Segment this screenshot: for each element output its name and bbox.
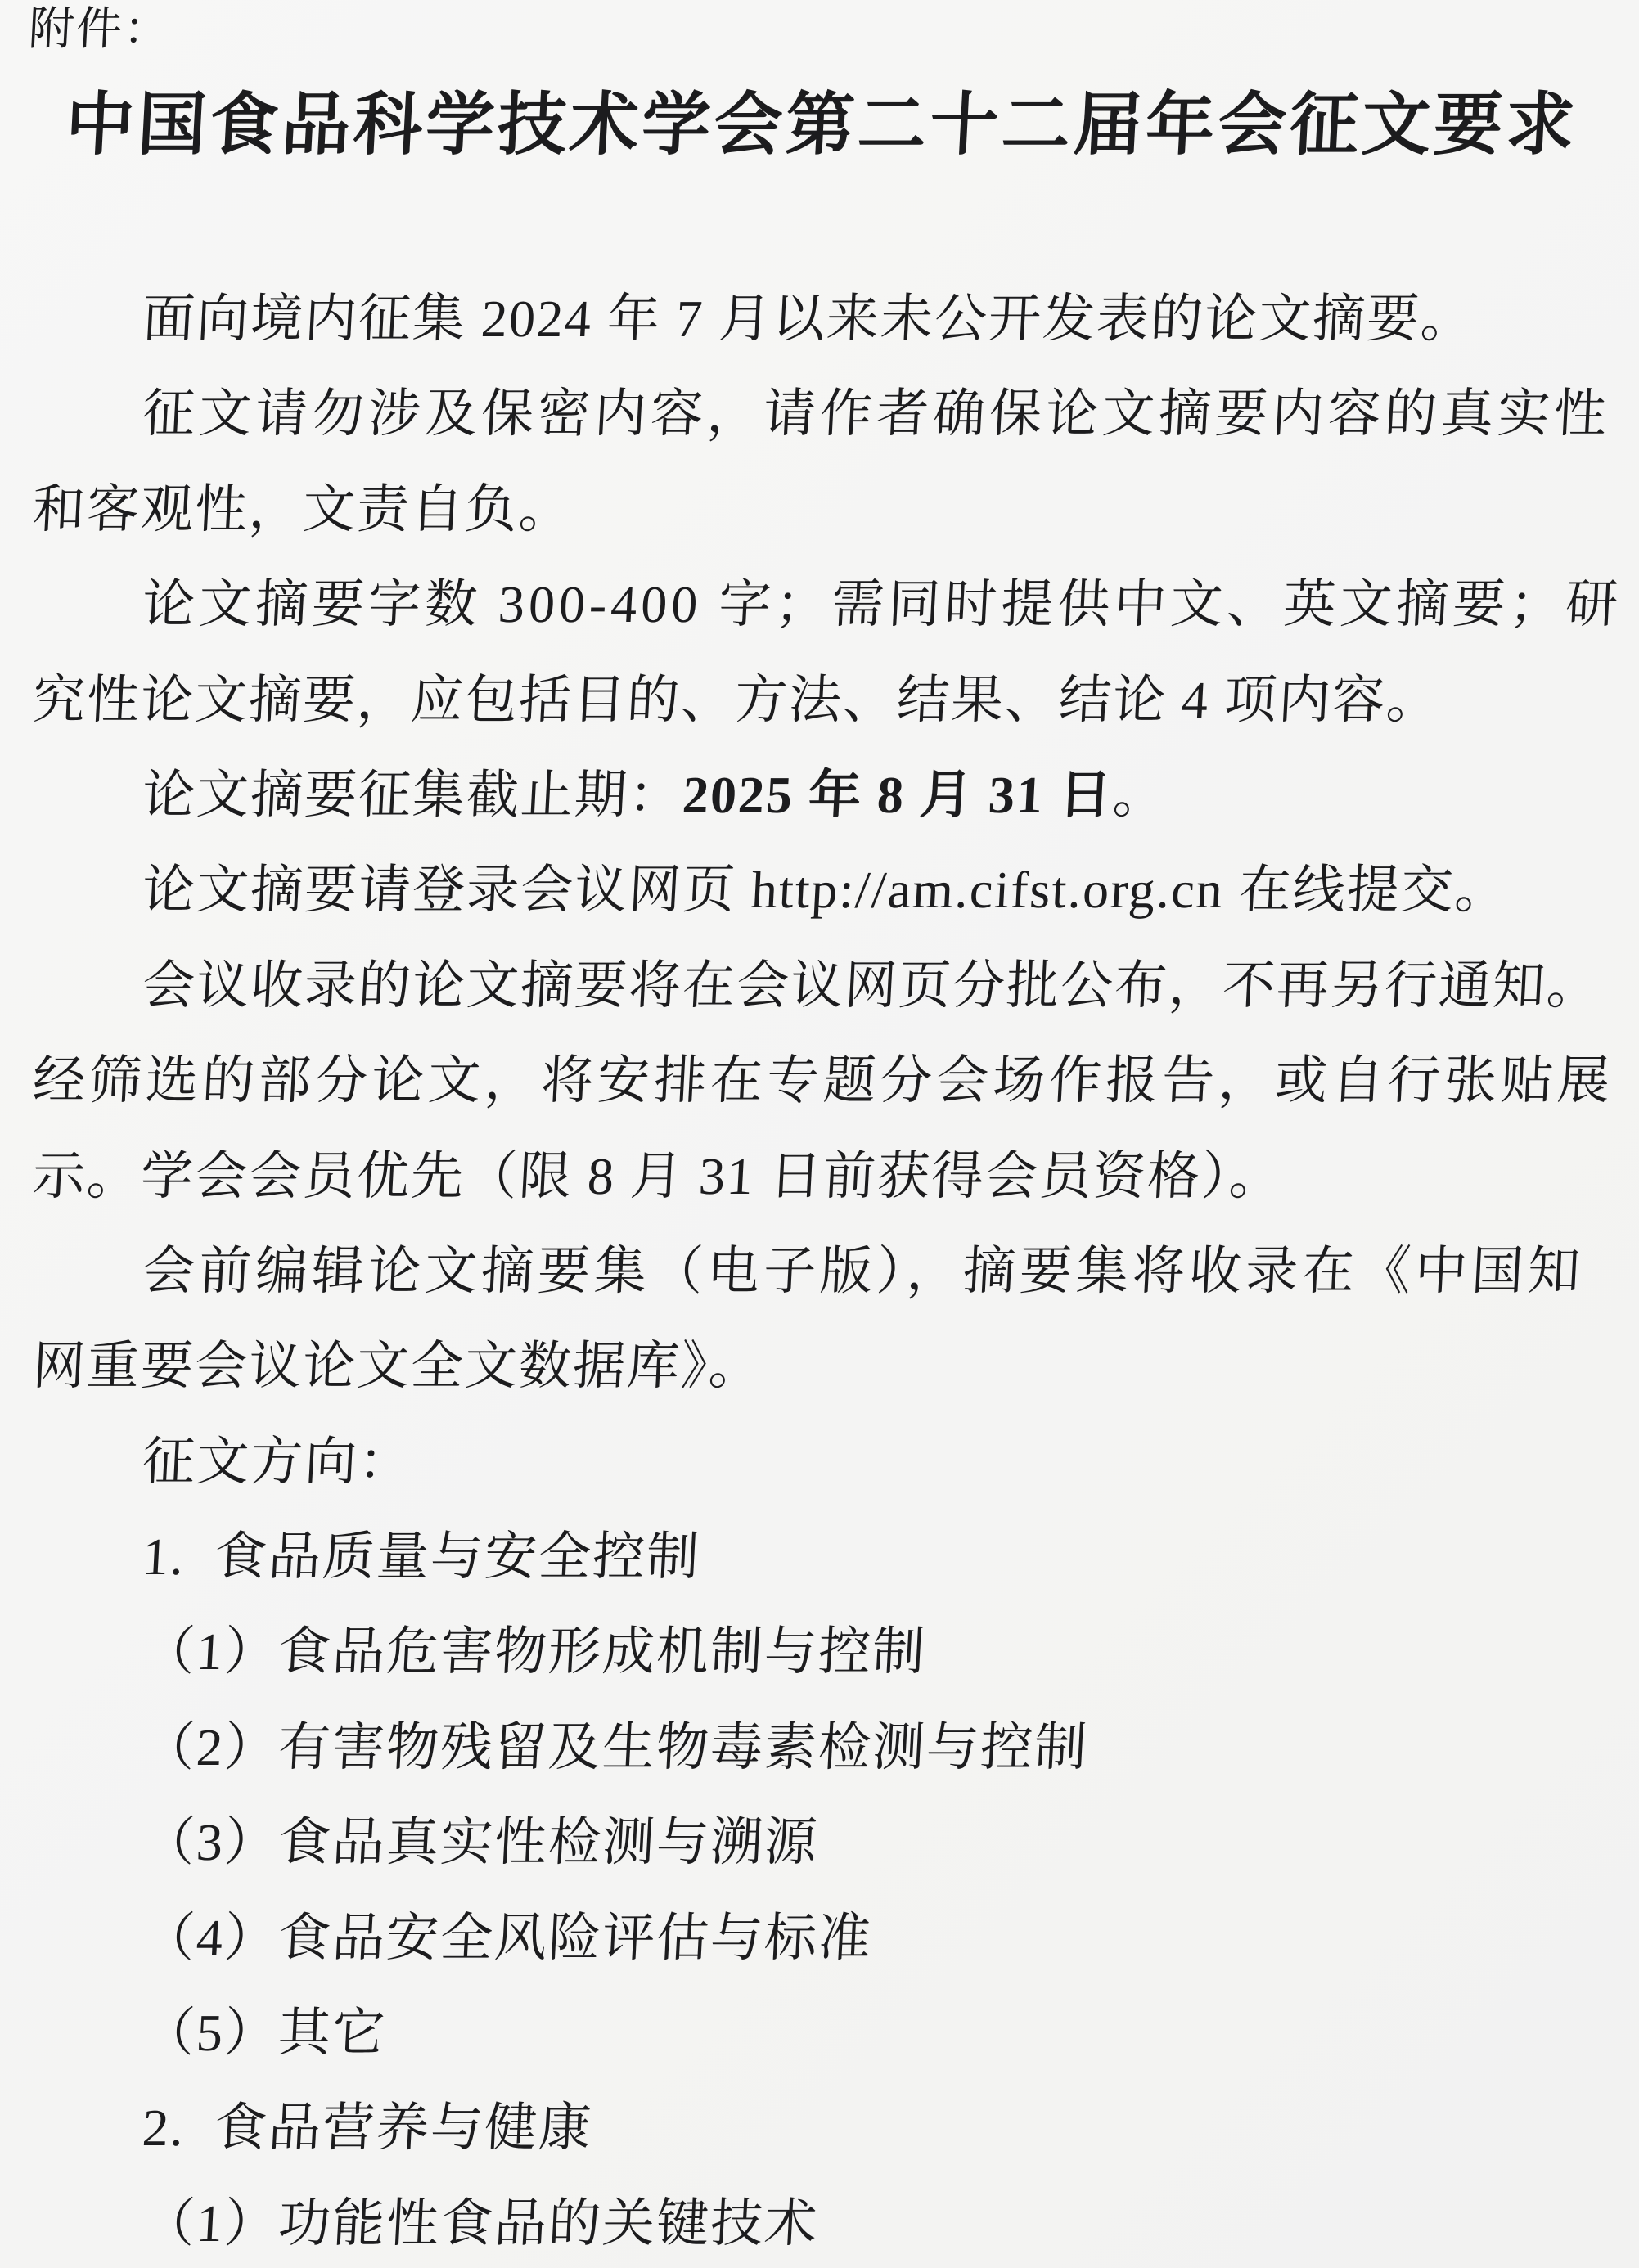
topic-2-item-1: （1）功能性食品的关键技术 (30, 2176, 1619, 2268)
text-run: 在线提交。 (1222, 861, 1511, 919)
text-run: 1. 食品质量与安全控制 (141, 1528, 702, 1586)
topic-1-heading: 1. 食品质量与安全控制 (30, 1510, 1619, 1604)
document-body: 面向境内征集 2024 年 7 月以来未公开发表的论文摘要。征文请勿涉及保密内容… (30, 272, 1614, 2268)
text-run: （3）食品真实性检测与溯源 (141, 1813, 820, 1871)
para-abstract-requirements: 论文摘要字数 300-400 字；需同时提供中文、英文摘要；研 (30, 557, 1619, 652)
text-run: 究性论文摘要，应包括目的、方法、结果、结论 4 项内容。 (31, 671, 1442, 729)
para-scope: 面向境内征集 2024 年 7 月以来未公开发表的论文摘要。 (30, 272, 1619, 367)
text-run: 和客观性，文责自负。 (31, 480, 574, 538)
topic-1-item-3: （3）食品真实性检测与溯源 (30, 1795, 1619, 1890)
text-run: 论文摘要字数 300-400 字；需同时提供中文、英文摘要；研 (141, 575, 1623, 633)
para-submission-url: 论文摘要请登录会议网页 http://am.cifst.org.cn 在线提交。 (30, 843, 1619, 938)
text-run: 示。学会会员优先（限 8 月 31 日前获得会员资格）。 (31, 1147, 1285, 1205)
text-run: 网重要会议论文全文数据库》。 (31, 1337, 764, 1395)
deadline-date: 2025 年 8 月 31 日 (681, 766, 1114, 824)
para-confidentiality: 和客观性，文责自负。 (30, 462, 1619, 557)
text-run: （1）食品危害物形成机制与控制 (141, 1622, 928, 1681)
heading-call-directions: 征文方向： (30, 1415, 1619, 1510)
para-deadline: 论文摘要征集截止期：2025 年 8 月 31 日。 (30, 748, 1619, 843)
para-publication: 会议收录的论文摘要将在会议网页分批公布，不再另行通知。 (30, 938, 1619, 1033)
para-proceedings: 网重要会议论文全文数据库》。 (30, 1319, 1619, 1414)
para-publication: 示。学会会员优先（限 8 月 31 日前获得会员资格）。 (30, 1129, 1619, 1224)
conference-url: http://am.cifst.org.cn (750, 861, 1226, 919)
text-run: 经筛选的部分论文，将安排在专题分会场作报告，或自行张贴展 (31, 1051, 1615, 1109)
text-run: 。 (1111, 766, 1168, 824)
para-abstract-requirements: 究性论文摘要，应包括目的、方法、结果、结论 4 项内容。 (30, 653, 1619, 748)
topic-1-item-1: （1）食品危害物形成机制与控制 (30, 1604, 1619, 1699)
text-run: 2. 食品营养与健康 (141, 2099, 594, 2157)
text-run: 面向境内征集 2024 年 7 月以来未公开发表的论文摘要。 (141, 290, 1476, 348)
text-run: （2）有害物残留及生物毒素检测与控制 (141, 1718, 1090, 1776)
text-run: 会议收录的论文摘要将在会议网页分批公布，不再另行通知。 (141, 956, 1602, 1015)
text-run: 征文方向： (141, 1433, 414, 1491)
topic-1-item-5: （5）其它 (30, 1986, 1619, 2081)
text-run: （4）食品安全风险评估与标准 (141, 1909, 874, 1967)
text-run: （5）其它 (141, 2004, 388, 2062)
para-proceedings: 会前编辑论文摘要集（电子版），摘要集将收录在《中国知 (30, 1224, 1619, 1319)
topic-1-item-4: （4）食品安全风险评估与标准 (30, 1891, 1619, 1986)
attachment-label: 附件： (27, 0, 173, 59)
scanned-document-page: 附件： 中国食品科学技术学会第二十二届年会征文要求 面向境内征集 2024 年 … (0, 0, 1639, 2268)
topic-2-heading: 2. 食品营养与健康 (30, 2081, 1619, 2176)
para-confidentiality: 征文请勿涉及保密内容，请作者确保论文摘要内容的真实性 (30, 367, 1619, 461)
para-publication: 经筛选的部分论文，将安排在专题分会场作报告，或自行张贴展 (30, 1033, 1619, 1128)
text-run: 会前编辑论文摘要集（电子版），摘要集将收录在《中国知 (141, 1242, 1586, 1300)
topic-1-item-2: （2）有害物残留及生物毒素检测与控制 (30, 1700, 1619, 1795)
text-run: 征文请勿涉及保密内容，请作者确保论文摘要内容的真实性 (141, 385, 1612, 443)
text-run: （1）功能性食品的关键技术 (141, 2194, 820, 2252)
text-run: 论文摘要征集截止期： (141, 766, 684, 824)
document-title: 中国食品科学技术学会第二十二届年会征文要求 (0, 83, 1639, 169)
text-run: 论文摘要请登录会议网页 (141, 861, 753, 919)
